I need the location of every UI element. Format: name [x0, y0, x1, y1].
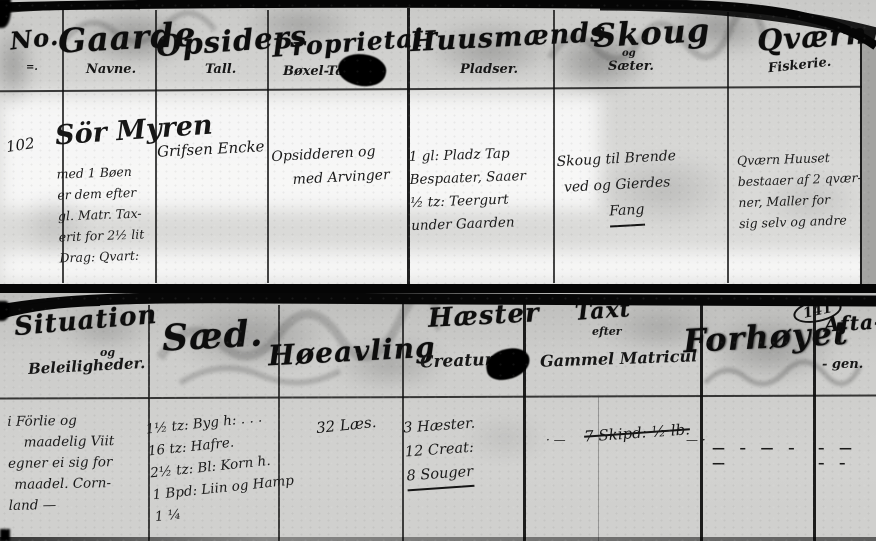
- handwritten-line: 8 Souger: [406, 460, 474, 492]
- column-header-saed: Sæd.: [161, 312, 264, 359]
- aftagen-dash-leader: – — – –: [818, 441, 874, 471]
- top-table-section: No. =. Gaarde Navne. Opsiders Tall. Prop…: [0, 0, 876, 284]
- binding-shadow: [0, 0, 11, 28]
- bottom-table-section: Situation og Beleiligheder. Sæd. Høeavli…: [0, 293, 876, 541]
- handwritten-line: er dem efter: [57, 182, 143, 206]
- handwritten-line: med 1 Bøen: [56, 161, 142, 185]
- handwritten-line: land —: [9, 494, 116, 517]
- column-header-opsiders-sub: Tall.: [205, 62, 236, 77]
- handwritten-line: Bespaater, Saaer: [409, 165, 526, 192]
- column-header-taxt: Taxt: [574, 296, 631, 326]
- huusmaend-entry: 1 gl: Pladz Tap Bespaater, Saaer ½ tz: T…: [408, 142, 527, 238]
- saed-entry: 1½ tz: Byg h: . . . 16 tz: Hafre. 2½ tz:…: [145, 404, 298, 528]
- column-header-qvaern: Qværn: [756, 16, 869, 58]
- column-header-aftagen-sub: - gen.: [822, 357, 863, 372]
- forhoyet-dash-leader: — – — – —: [712, 441, 808, 471]
- column-header-no: No.: [9, 22, 61, 56]
- skoug-entry: Skoug til Brende ved og Gierdes Fang: [556, 143, 680, 230]
- column-header-hoeavling: Høeavling: [267, 331, 436, 373]
- column-header-situation: Situation: [13, 300, 159, 342]
- handwritten-line: under Gaarden: [411, 211, 528, 238]
- handwritten-line: Drag: Qvart:: [59, 244, 145, 268]
- taxt-leader-right: — ·: [686, 433, 706, 447]
- column-header-skoug-sub: Sæter.: [608, 59, 654, 74]
- farm-number: 102: [5, 134, 36, 156]
- handwritten-line: gl. Matr. Tax-: [58, 203, 144, 227]
- corner-shadow: [0, 529, 10, 541]
- column-header-aftagen: Afta-: [823, 309, 876, 336]
- column-header-taxt-sub: Gammel Matricul: [540, 346, 698, 370]
- creatur-entry: 3 Hæster. 12 Creat: 8 Souger: [402, 412, 479, 492]
- hoeavling-entry: 32 Læs.: [315, 413, 377, 437]
- column-header-skoug-mid: og: [622, 48, 636, 59]
- handwritten-line: maadelig Viit: [7, 431, 114, 454]
- handwritten-line: bestaaer af 2 qvær-: [737, 167, 862, 192]
- column-header-haester: Hæster: [427, 298, 540, 334]
- taxt-entry: 7 Skipd: ½ lb.: [584, 420, 691, 445]
- qvaern-entry: Qværn Huuset bestaaer af 2 qvær- ner, Ma…: [737, 146, 864, 234]
- scanned-ledger-page: No. =. Gaarde Navne. Opsiders Tall. Prop…: [0, 0, 876, 541]
- binding-shadow: [0, 301, 10, 321]
- proprietair-entry: Opsidderen og med Arvinger: [271, 139, 390, 193]
- situation-entry: i Förlie og maadelig Viit egner ei sig f…: [7, 410, 115, 517]
- farm-name-notes: med 1 Bøen er dem efter gl. Matr. Tax- e…: [56, 161, 145, 269]
- handwritten-line: i Förlie og: [7, 410, 114, 433]
- handwritten-line: sig selv og andre: [739, 209, 864, 234]
- column-header-huusmaend: Huusmænds: [409, 17, 607, 58]
- column-header-gaard-sub: Navne.: [86, 62, 136, 77]
- column-header-situation-sub: Beleiligheder.: [28, 354, 146, 378]
- column-header-taxt-mid: efter: [592, 325, 622, 338]
- handwritten-line: ved og Gierdes: [557, 169, 678, 201]
- handwritten-line: maadel. Corn-: [8, 473, 115, 496]
- column-header-no-mark: =.: [26, 62, 38, 73]
- column-header-qvaern-sub: Fiskerie.: [767, 55, 832, 77]
- column-header-huusmaend-sub: Pladser.: [460, 62, 518, 77]
- handwritten-line: erit for 2½ lit: [58, 224, 144, 248]
- page-bottom-edge: [0, 537, 876, 541]
- handwritten-line: Fang: [609, 197, 646, 228]
- column-header-skoug: Skoug: [592, 11, 711, 55]
- handwritten-line: egner ei sig for: [8, 452, 115, 475]
- taxt-leader-left: · —: [546, 433, 566, 447]
- column-header-proprietair-sub: Bøxel-Ta: [283, 64, 344, 79]
